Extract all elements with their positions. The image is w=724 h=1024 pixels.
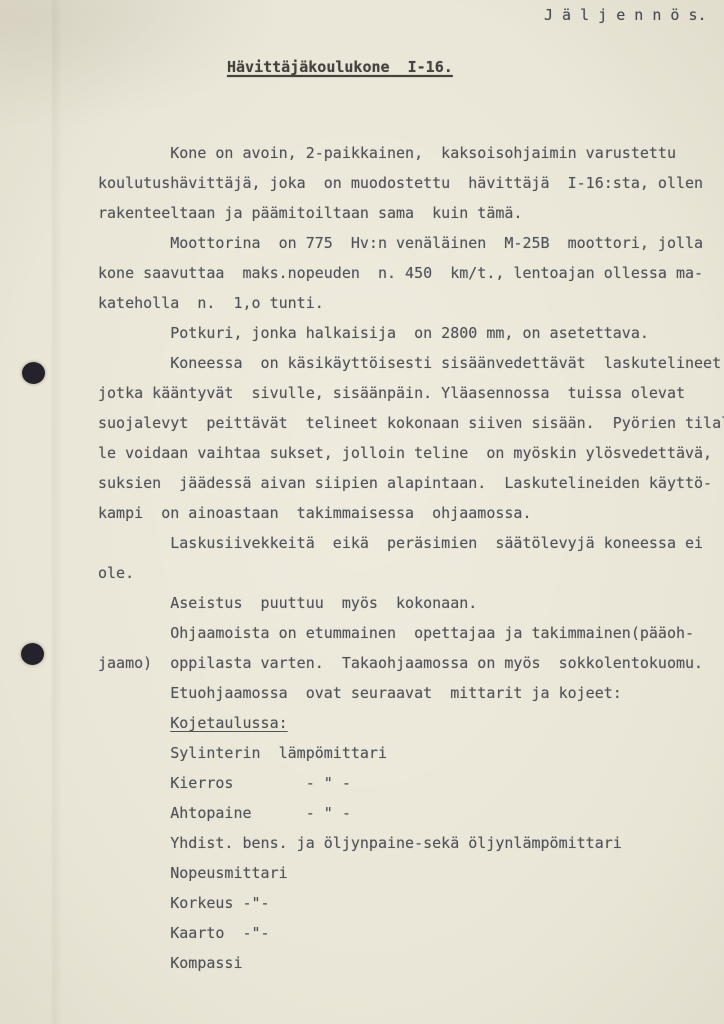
text-line: Kone on avoin, 2-paikkainen, kaksoisohja… — [98, 138, 724, 168]
text-line: Potkuri, jonka halkaisija on 2800 mm, on… — [98, 318, 724, 348]
text-line: Ahtopaine - " - — [98, 798, 724, 828]
text-line: suksien jäädessä aivan siipien alapintaa… — [98, 468, 724, 498]
text-line: suojalevyt peittävät telineet kokonaan s… — [98, 408, 724, 438]
text-line: Yhdist. bens. ja öljynpaine-sekä öljynlä… — [98, 828, 724, 858]
text-line: Aseistus puuttuu myös kokonaan. — [98, 588, 724, 618]
text-line: jaamo) oppilasta varten. Takaohjaamossa … — [98, 648, 724, 678]
text-line: Kompassi — [98, 948, 724, 978]
hole-punch-icon — [22, 362, 45, 384]
text-line: Koneessa on käsikäyttöisesti sisäänvedet… — [98, 348, 724, 378]
text-line: Nopeusmittari — [98, 858, 724, 888]
text-line: jotka kääntyvät sivulle, sisäänpäin. Ylä… — [98, 378, 724, 408]
line-indent — [98, 714, 170, 732]
text-line: kateholla n. 1,o tunti. — [98, 288, 724, 318]
document-title: Hävittäjäkoulukone I-16. — [227, 58, 453, 76]
text-line: ole. — [98, 558, 724, 588]
text-line: Laskusiivekkeitä eikä peräsimien säätöle… — [98, 528, 724, 558]
copy-annotation: J ä l j e n n ö s. — [544, 6, 707, 24]
scanned-document-page: J ä l j e n n ö s. Hävittäjäkoulukone I-… — [0, 0, 724, 1024]
text-line: Etuohjaamossa ovat seuraavat mittarit ja… — [98, 678, 724, 708]
text-line: koulutushävittäjä, joka on muodostettu h… — [98, 168, 724, 198]
text-line: Kojetaulussa: — [98, 708, 724, 738]
text-line: kone saavuttaa maks.nopeuden n. 450 km/t… — [98, 258, 724, 288]
text-line: le voidaan vaihtaa sukset, jolloin telin… — [98, 438, 724, 468]
hole-punch-icon — [21, 643, 44, 665]
underlined-heading: Kojetaulussa: — [170, 714, 287, 732]
text-line: Sylinterin lämpömittari — [98, 738, 724, 768]
text-line: Kaarto -"- — [98, 918, 724, 948]
text-line: Ohjaamoista on etummainen opettajaa ja t… — [98, 618, 724, 648]
text-line: rakenteeltaan ja päämitoiltaan sama kuin… — [98, 198, 724, 228]
text-line: Korkeus -"- — [98, 888, 724, 918]
text-line: Kierros - " - — [98, 768, 724, 798]
text-line: kampi on ainoastaan takimmaisessa ohjaam… — [98, 498, 724, 528]
text-line: Moottorina on 775 Hv:n venäläinen M-25B … — [98, 228, 724, 258]
document-lines: Kone on avoin, 2-paikkainen, kaksoisohja… — [98, 138, 724, 978]
